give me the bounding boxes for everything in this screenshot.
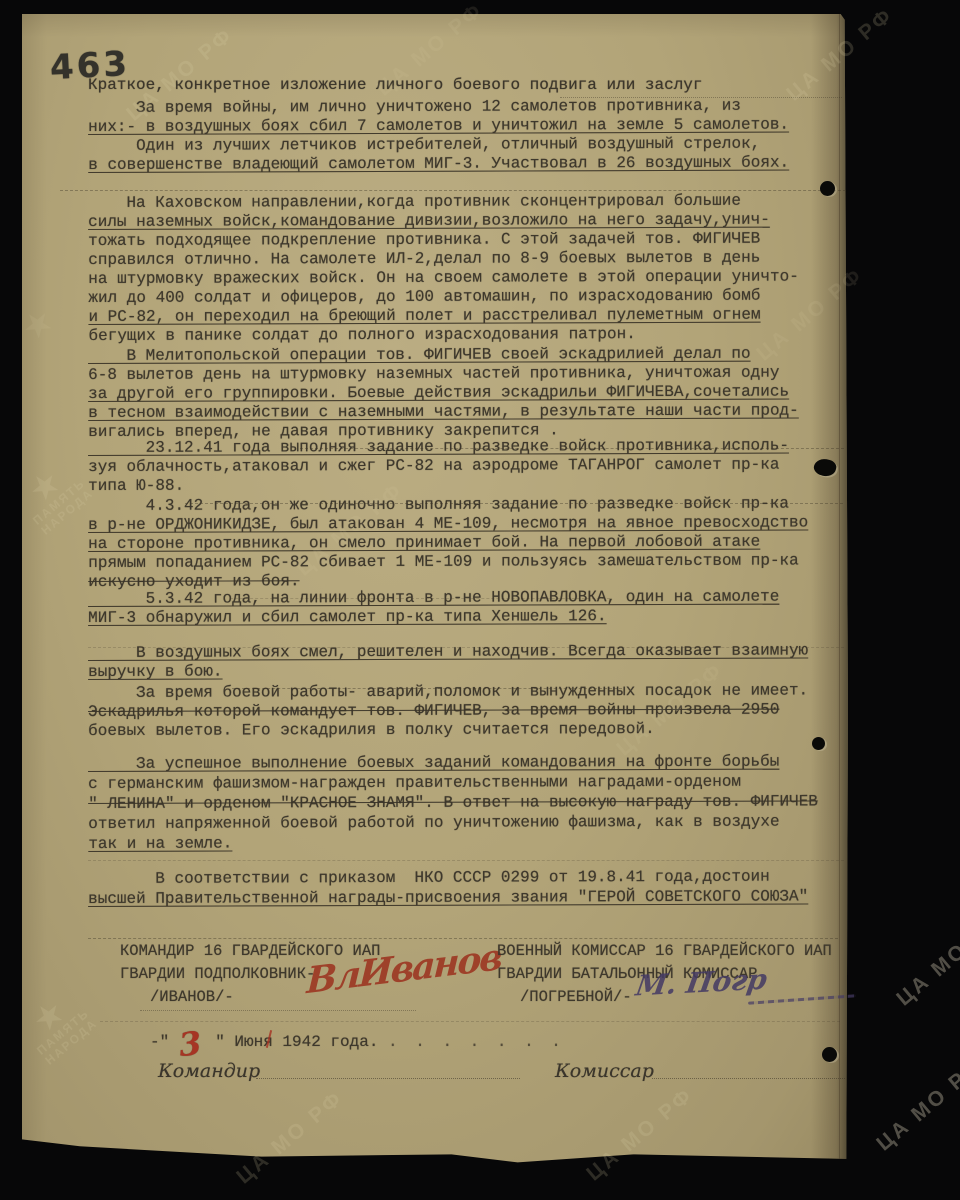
text-line: на штурмовку вражеских войск. Он на свое… bbox=[88, 268, 799, 289]
binding-hole bbox=[820, 181, 835, 196]
text-line: тожать подходящее подкрепление противник… bbox=[88, 230, 799, 251]
text-line: МИГ-3 обнаружил и сбил самолет пр-ка тип… bbox=[88, 607, 779, 628]
text-line: бегущих в панике солдат до полного израс… bbox=[88, 325, 799, 346]
text-line: и РС-82, он переходил на бреющий полет и… bbox=[88, 306, 799, 327]
text-line: За время войны, им лично уничтожено 12 с… bbox=[88, 97, 789, 118]
text-line: с германским фашизмом-награжден правител… bbox=[88, 771, 818, 794]
text-line: В воздушных боях смел, решителен и наход… bbox=[88, 641, 808, 663]
text-line: за другой его группировки. Боевые действ… bbox=[88, 383, 799, 404]
text-line: За успешное выполнение боевых заданий ко… bbox=[88, 751, 818, 774]
ruled-line bbox=[300, 448, 844, 449]
ruled-line bbox=[88, 938, 838, 939]
footer-commissar-label: Комиссар bbox=[555, 1060, 654, 1082]
commissar-title-line1: ВОЕННЫЙ КОМИССАР 16 ГВАРДЕЙСКОГО ИАП bbox=[497, 942, 832, 961]
text-line: силы наземных войск,командование дивизии… bbox=[88, 211, 799, 232]
dotted-line bbox=[140, 1010, 416, 1011]
text-line: справился отлично. На самолете ИЛ-2,дела… bbox=[88, 249, 799, 270]
ruled-line bbox=[230, 598, 610, 599]
handwritten-day: 3 bbox=[178, 1033, 202, 1055]
paper-crease bbox=[839, 14, 840, 1167]
paragraph-5-3-42: 5.3.42 года, на линии фронта в р-не НОВО… bbox=[88, 588, 779, 628]
text-line: " ЛЕНИНА" и орденом "КРАСНОЕ ЗНАМЯ". В о… bbox=[88, 791, 818, 814]
watermark-archive: ЦА МО РФ bbox=[892, 908, 960, 1011]
date-dots: . . . . . . . bbox=[388, 1033, 565, 1051]
text-line: в тесном взаимодействии с наземными част… bbox=[88, 402, 799, 423]
text-line: выручку в бою. bbox=[88, 660, 808, 682]
paragraph-4-3-42: 4.3.42 года,он же одиночно выполняя зада… bbox=[88, 494, 808, 592]
paragraph-melitopol: В Мелитопольской операции тов. ФИГИЧЕВ с… bbox=[88, 345, 799, 442]
date-suffix: " Июня 1942 года. bbox=[215, 1033, 378, 1051]
text-line: 4.3.42 года,он же одиночно выполняя зада… bbox=[88, 494, 808, 516]
paragraph-awards: За успешное выполнение боевых заданий ко… bbox=[88, 751, 818, 854]
binding-hole bbox=[812, 737, 825, 750]
paragraph-kakhovka: На Каховском направлении,когда противник… bbox=[88, 192, 799, 346]
text-line: на стороне противника, он смело принимае… bbox=[88, 532, 808, 554]
ruled-line bbox=[185, 503, 843, 504]
text-line: прямым попаданием РС-82 сбивает 1 МЕ-109… bbox=[88, 551, 808, 573]
footer-commander-label: Командир bbox=[158, 1060, 260, 1082]
binding-hole bbox=[822, 1047, 837, 1062]
paragraph-summary: За время войны, им лично уничтожено 12 с… bbox=[88, 97, 789, 175]
text-line: зуя облачность,атаковал и сжег РС-82 на … bbox=[88, 456, 789, 477]
document-scan: 463 Краткое, конкретное изложение личног… bbox=[0, 0, 960, 1200]
text-line: в р-не ОРДЖОНИКИДЗЕ, был атакован 4 МЕ-1… bbox=[88, 513, 808, 535]
paragraph-conclusion: В соответствии с приказом НКО СССР 0299 … bbox=[88, 866, 808, 909]
text-line: в совершенстве владеющий самолетом МИГ-3… bbox=[88, 154, 789, 175]
watermark-archive: ЦА МО РФ bbox=[872, 1053, 960, 1156]
date-line: -"3" Июня 1942 года. . . . . . . . bbox=[150, 1032, 565, 1052]
text-line: Один из лучших летчиков истребителей, от… bbox=[88, 135, 789, 156]
ruled-line bbox=[60, 190, 846, 191]
paragraph-squadron-record: За время боевой работы- аварий,поломок и… bbox=[88, 681, 808, 741]
ruled-line bbox=[88, 647, 844, 648]
commander-name: /ИВАНОВ/- bbox=[150, 988, 234, 1007]
text-line: ответил напряженной боевой работой по ун… bbox=[88, 811, 818, 834]
text-line: На Каховском направлении,когда противник… bbox=[88, 192, 799, 213]
text-line: типа Ю-88. bbox=[88, 475, 789, 496]
text-line: жил до 400 солдат и офицеров, до 100 авт… bbox=[88, 287, 799, 308]
text-line: них:- в воздушных боях сбил 7 самолетов … bbox=[88, 116, 789, 137]
footer-rule-right bbox=[652, 1078, 845, 1079]
text-line: В соответствии с приказом НКО СССР 0299 … bbox=[88, 866, 808, 889]
text-line: Эскадрилья которой командует тов. ФИГИЧЕ… bbox=[88, 700, 808, 722]
date-prefix: -" bbox=[150, 1033, 169, 1051]
paragraph-23-12-41: 23.12.41 года выполняя задание по развед… bbox=[88, 437, 789, 496]
text-line: боевых вылетов. Его эскадрилия в полку с… bbox=[88, 719, 808, 741]
text-line: так и на земле. bbox=[88, 831, 818, 854]
text-line: 6-8 вылетов день на штурмовку наземных ч… bbox=[88, 364, 799, 385]
ruled-line bbox=[88, 860, 844, 861]
form-header: Краткое, конкретное изложение личного бо… bbox=[88, 76, 703, 95]
ruled-line bbox=[560, 97, 842, 98]
text-line: В Мелитопольской операции тов. ФИГИЧЕВ с… bbox=[88, 345, 799, 366]
commander-title-line2: ГВАРДИИ ПОДПОЛКОВНИК- bbox=[120, 965, 315, 984]
text-line: За время боевой работы- аварий,поломок и… bbox=[88, 681, 808, 703]
ruled-line bbox=[100, 1021, 840, 1022]
text-line: высшей Правительственной награды-присвое… bbox=[88, 886, 808, 909]
commissar-name: /ПОГРЕБНОЙ/- bbox=[520, 988, 632, 1007]
footer-rule-left bbox=[256, 1078, 520, 1079]
ruled-line bbox=[232, 688, 622, 689]
